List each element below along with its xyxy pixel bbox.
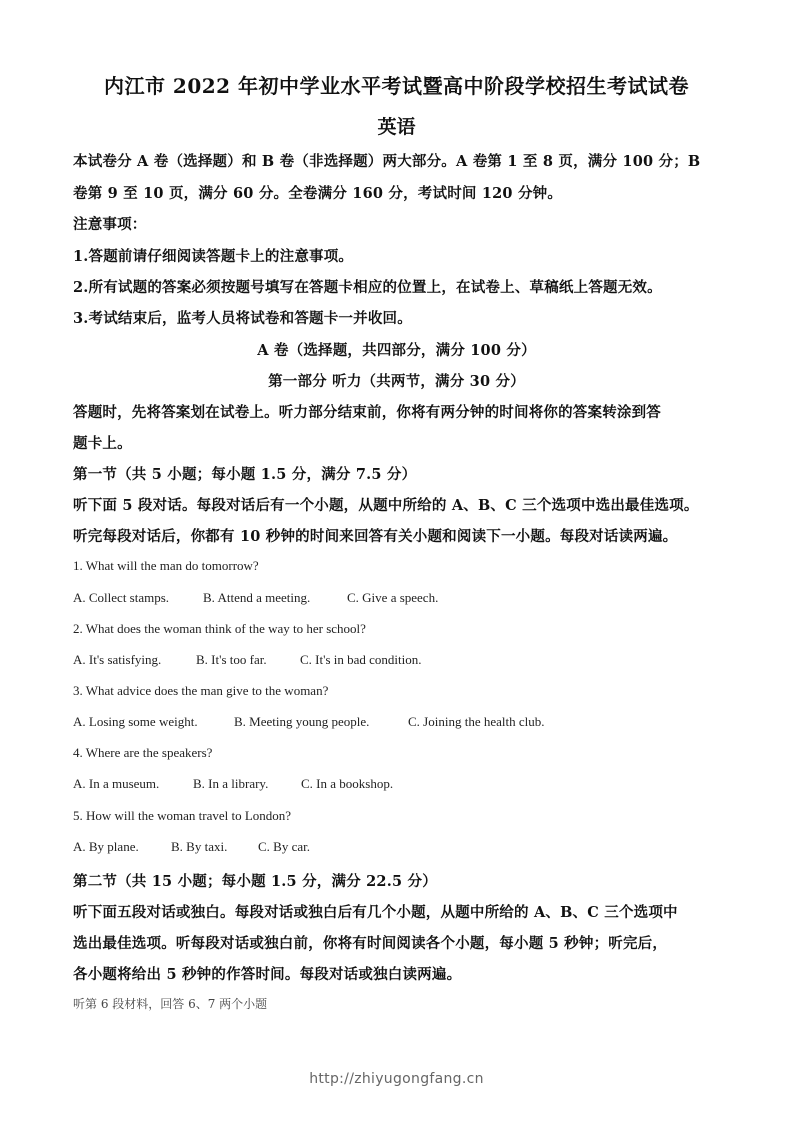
- option-a: A. Losing some weight.: [73, 714, 234, 730]
- subsection2-desc-line-1: 听下面五段对话或独白。每段对话或独白后有几个小题，从题中所给的 A、B、C 三个…: [73, 901, 678, 922]
- question-4: 4. Where are the speakers?: [73, 745, 212, 761]
- option-b: B. Attend a meeting.: [203, 590, 347, 606]
- option-c: C. It's in bad condition.: [300, 652, 422, 668]
- subsection2-desc-line-2: 选出最佳选项。听每段对话或独白前，你将有时间阅读各个小题，每小题 5 秒钟；听完…: [73, 932, 667, 953]
- material-note: 听第 6 段材料，回答 6、7 两个小题: [73, 995, 267, 1012]
- part1-heading: 第一部分 听力（共两节，满分 30 分）: [0, 370, 793, 391]
- option-c: C. Joining the health club.: [408, 714, 544, 730]
- listening-instructions-line-2: 题卡上。: [73, 432, 132, 453]
- option-a: A. By plane.: [73, 839, 171, 855]
- question-2-options: A. It's satisfying.B. It's too far.C. It…: [73, 652, 422, 668]
- listening-instructions-line-1: 答题时，先将答案划在试卷上。听力部分结束前，你将有两分钟的时间将你的答案转涂到答: [73, 401, 661, 422]
- question-5-options: A. By plane.B. By taxi.C. By car.: [73, 839, 310, 855]
- option-b: B. In a library.: [193, 776, 301, 792]
- subject-title: 英语: [0, 112, 793, 139]
- option-a: A. Collect stamps.: [73, 590, 203, 606]
- option-b: B. It's too far.: [196, 652, 300, 668]
- option-c: C. Give a speech.: [347, 590, 438, 606]
- option-b: B. Meeting young people.: [234, 714, 408, 730]
- question-1: 1. What will the man do tomorrow?: [73, 558, 259, 574]
- option-a: A. In a museum.: [73, 776, 193, 792]
- question-1-options: A. Collect stamps.B. Attend a meeting.C.…: [73, 590, 438, 606]
- section-a-heading: A 卷（选择题，共四部分，满分 100 分）: [0, 339, 793, 360]
- notice-item-2: 2.所有试题的答案必须按题号填写在答题卡相应的位置上，在试卷上、草稿纸上答题无效…: [73, 276, 662, 297]
- notice-heading: 注意事项：: [73, 213, 147, 234]
- question-5: 5. How will the woman travel to London?: [73, 808, 291, 824]
- intro-line-1: 本试卷分 A 卷（选择题）和 B 卷（非选择题）两大部分。A 卷第 1 至 8 …: [73, 150, 700, 171]
- subsection2-desc-line-3: 各小题将给出 5 秒钟的作答时间。每段对话或独白读两遍。: [73, 963, 461, 984]
- question-3: 3. What advice does the man give to the …: [73, 683, 328, 699]
- subsection1-desc-line-2: 听完每段对话后，你都有 10 秒钟的时间来回答有关小题和阅读下一小题。每段对话读…: [73, 525, 677, 546]
- subsection2-heading: 第二节（共 15 小题；每小题 1.5 分，满分 22.5 分）: [73, 870, 437, 891]
- subsection1-desc-line-1: 听下面 5 段对话。每段对话后有一个小题，从题中所给的 A、B、C 三个选项中选…: [73, 494, 699, 515]
- question-2: 2. What does the woman think of the way …: [73, 621, 366, 637]
- subsection1-heading: 第一节（共 5 小题；每小题 1.5 分，满分 7.5 分）: [73, 463, 416, 484]
- option-a: A. It's satisfying.: [73, 652, 196, 668]
- option-c: C. In a bookshop.: [301, 776, 393, 792]
- notice-item-3: 3.考试结束后，监考人员将试卷和答题卡一并收回。: [73, 307, 412, 328]
- exam-title: 内江市 2022 年初中学业水平考试暨高中阶段学校招生考试试卷: [0, 70, 793, 99]
- question-4-options: A. In a museum.B. In a library.C. In a b…: [73, 776, 393, 792]
- question-3-options: A. Losing some weight.B. Meeting young p…: [73, 714, 544, 730]
- option-b: B. By taxi.: [171, 839, 258, 855]
- option-c: C. By car.: [258, 839, 310, 855]
- footer-url: http://zhiyugongfang.cn: [0, 1071, 793, 1087]
- notice-item-1: 1.答题前请仔细阅读答题卡上的注意事项。: [73, 245, 353, 266]
- intro-line-2: 卷第 9 至 10 页，满分 60 分。全卷满分 160 分，考试时间 120 …: [73, 182, 562, 203]
